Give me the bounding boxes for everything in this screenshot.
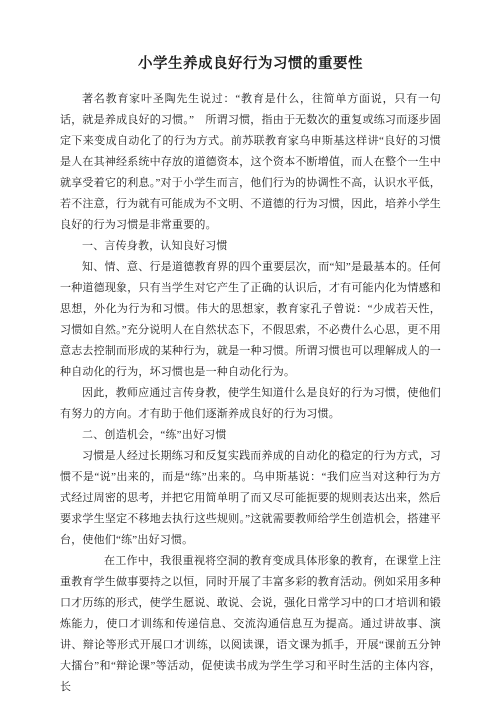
document-title: 小学生养成良好行为习惯的重要性	[60, 54, 441, 74]
section-heading-2: 二、创造机会，“练”出好习惯	[60, 425, 441, 446]
paragraph-practice: 习惯是人经过长期练习和反复实践而养成的自动化的稳定的行为方式，习惯不是“说”出来…	[60, 446, 441, 551]
paragraph-teacher-role: 因此，教师应通过言传身教，使学生知道什么是良好的行为习惯，使他们有努力的方向。才…	[60, 383, 441, 425]
document-page: 小学生养成良好行为习惯的重要性 著名教育家叶圣陶先生说过：“教育是什么，往简单方…	[0, 0, 500, 707]
paragraph-work-experience: 在工作中，我很重视将空洞的教育变成具体形象的教育，在课堂上注重教育学生做事要持之…	[60, 551, 441, 698]
paragraph-intro: 著名教育家叶圣陶先生说过：“教育是什么，往简单方面说，只有一句话，就是养成良好的…	[60, 89, 441, 236]
section-heading-1: 一、言传身教，认知良好习惯	[60, 236, 441, 257]
paragraph-knowledge: 知、情、意、行是道德教育界的四个重要层次，而“知”是最基本的。任何一种道德现象，…	[60, 257, 441, 383]
